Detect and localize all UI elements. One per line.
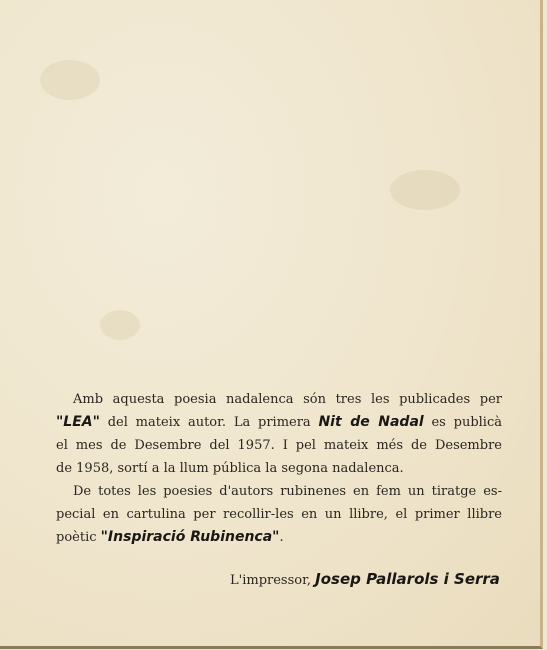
text-fragment: es publicà [424, 415, 502, 430]
text-fragment: . [279, 530, 283, 545]
paper-stain [40, 60, 100, 100]
paragraph1-line3: el mes de Desembre del 1957. I pel matei… [56, 434, 502, 457]
text-fragment: poètic [56, 530, 101, 545]
paragraph2-line1: De totes les poesies d'autors rubinenes … [56, 480, 502, 503]
paragraph2-line3: poètic "Inspiració Rubinenca". [56, 526, 502, 549]
paragraph1-line2: "LEA" del mateix autor. La primera Nit d… [56, 411, 502, 434]
text-fragment: del mateix autor. La primera [100, 415, 319, 430]
paragraph1-line4: de 1958, sortí a la llum pública la sego… [56, 457, 502, 480]
nit-de-nadal-title: Nit de Nadal [318, 414, 423, 430]
paragraph2-line2: pecial en cartulina per recollir-les en … [56, 503, 502, 526]
document-page: Amb aquesta poesia nadalenca són tres le… [0, 0, 543, 649]
signature-label: L'impressor, [230, 573, 311, 588]
paper-stain [100, 310, 140, 340]
paper-stain [390, 170, 460, 210]
inspiracio-rubinenca-title: "Inspiració Rubinenca" [101, 529, 280, 545]
colophon-text: Amb aquesta poesia nadalenca són tres le… [56, 388, 502, 549]
signature-name: Josep Pallarols i Serra [315, 570, 500, 588]
paragraph1-line1: Amb aquesta poesia nadalenca són tres le… [56, 388, 502, 411]
lea-title: "LEA" [56, 414, 100, 430]
signature: L'impressor, Josep Pallarols i Serra [230, 570, 490, 588]
